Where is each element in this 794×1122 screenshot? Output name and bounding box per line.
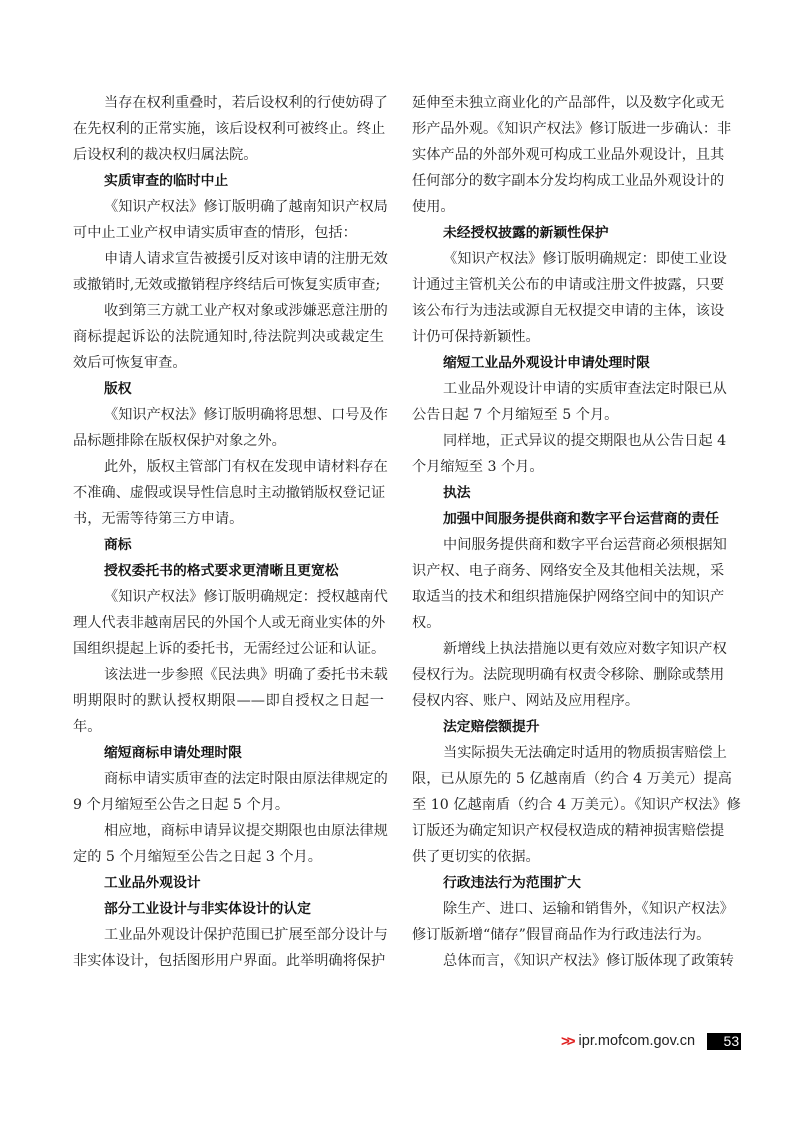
text-line: 该法进一步参照《民法典》明确了委托书未载	[73, 662, 384, 688]
text-line: 《知识产权法》修订版明确了越南知识产权局	[73, 194, 384, 220]
section-heading: 版权	[73, 376, 384, 402]
text-line: 部分工业设计与非实体设计的认定	[73, 896, 384, 922]
section-heading: 行政违法行为范围扩大	[412, 870, 723, 896]
text-line: 限，已从原先的 5 亿越南盾（约合 4 万美元）提高	[412, 766, 723, 792]
text-line: 年。	[73, 714, 384, 740]
section-heading: 部分工业设计与非实体设计的认定	[73, 896, 384, 922]
paragraph: 《知识产权法》修订版明确规定：授权越南代理人代表非越南居民的外国个人或无商业实体…	[73, 584, 384, 662]
text-line: 使用。	[412, 194, 723, 220]
paragraph: 总体而言，《知识产权法》修订版体现了政策转	[412, 948, 723, 974]
text-line: 相应地，商标申请异议提交期限也由原法律规	[73, 818, 384, 844]
paragraph: 除生产、进口、运输和销售外，《知识产权法》修订版新增“储存”假冒商品作为行政违法…	[412, 896, 723, 948]
page-footer: >> ipr.mofcom.gov.cn 53	[561, 1031, 741, 1051]
text-line: 理人代表非越南居民的外国个人或无商业实体的外	[73, 610, 384, 636]
text-line: 收到第三方就工业产权对象或涉嫌恶意注册的	[73, 298, 384, 324]
double-chevron-right-icon: >>	[561, 1033, 573, 1050]
text-line: 商标申请实质审查的法定时限由原法律规定的	[73, 766, 384, 792]
text-line: 缩短工业品外观设计申请处理时限	[412, 350, 723, 376]
paragraph: 相应地，商标申请异议提交期限也由原法律规定的 5 个月缩短至公告之日起 3 个月…	[73, 818, 384, 870]
paragraph: 新增线上执法措施以更有效应对数字知识产权侵权行为。法院现明确有权责令移除、删除或…	[412, 636, 723, 714]
section-heading: 实质审查的临时中止	[73, 168, 384, 194]
right-column: 延伸至未独立商业化的产品部件，以及数字化或无形产品外观。《知识产权法》修订版进一…	[412, 90, 723, 974]
paragraph: 工业品外观设计申请的实质审查法定时限已从公告日起 7 个月缩短至 5 个月。	[412, 376, 723, 428]
paragraph: 《知识产权法》修订版明确规定：即使工业设计通过主管机关公布的申请或注册文件披露，…	[412, 246, 723, 350]
paragraph: 工业品外观设计保护范围已扩展至部分设计与非实体设计，包括图形用户界面。此举明确将…	[73, 922, 384, 974]
text-line: 《知识产权法》修订版明确规定：即使工业设	[412, 246, 723, 272]
text-line: 形产品外观。《知识产权法》修订版进一步确认：非	[412, 116, 723, 142]
text-line: 执法	[412, 480, 723, 506]
text-line: 当存在权利重叠时，若后设权利的行使妨碍了	[73, 90, 384, 116]
paragraph: 当实际损失无法确定时适用的物质损害赔偿上限，已从原先的 5 亿越南盾（约合 4 …	[412, 740, 723, 870]
text-line: 或撤销时,无效或撤销程序终结后可恢复实质审查;	[73, 272, 384, 298]
text-line: 在先权利的正常实施，该后设权利可被终止。终止	[73, 116, 384, 142]
section-heading: 未经授权披露的新颖性保护	[412, 220, 723, 246]
text-line: 《知识产权法》修订版明确将思想、口号及作	[73, 402, 384, 428]
text-line: 实质审查的临时中止	[73, 168, 384, 194]
text-line: 授权委托书的格式要求更清晰且更宽松	[73, 558, 384, 584]
text-line: 除生产、进口、运输和销售外，《知识产权法》	[412, 896, 723, 922]
left-column: 当存在权利重叠时，若后设权利的行使妨碍了在先权利的正常实施，该后设权利可被终止。…	[73, 90, 384, 974]
text-line: 国组织提起上诉的委托书，无需经过公证和认证。	[73, 636, 384, 662]
text-line: 版权	[73, 376, 384, 402]
paragraph: 商标申请实质审查的法定时限由原法律规定的9 个月缩短至公告之日起 5 个月。	[73, 766, 384, 818]
paragraph: 此外，版权主管部门有权在发现申请材料存在不准确、虚假或误导性信息时主动撤销版权登…	[73, 454, 384, 532]
text-line: 中间服务提供商和数字平台运营商必须根据知	[412, 532, 723, 558]
paragraph: 该法进一步参照《民法典》明确了委托书未载明期限时的默认授权期限——即自授权之日起…	[73, 662, 384, 740]
paragraph: 同样地，正式异议的提交期限也从公告日起 4个月缩短至 3 个月。	[412, 428, 723, 480]
text-line: 识产权、电子商务、网络安全及其他相关法规，采	[412, 558, 723, 584]
text-line: 《知识产权法》修订版明确规定：授权越南代	[73, 584, 384, 610]
text-line: 工业品外观设计保护范围已扩展至部分设计与	[73, 922, 384, 948]
paragraph: 收到第三方就工业产权对象或涉嫌恶意注册的商标提起诉讼的法院通知时,待法院判决或裁…	[73, 298, 384, 376]
paragraph: 《知识产权法》修订版明确了越南知识产权局可中止工业产权申请实质审查的情形，包括：	[73, 194, 384, 246]
text-line: 延伸至未独立商业化的产品部件，以及数字化或无	[412, 90, 723, 116]
text-line: 新增线上执法措施以更有效应对数字知识产权	[412, 636, 723, 662]
text-line: 订版还为确定知识产权侵权造成的精神损害赔偿提	[412, 818, 723, 844]
page-number: 53	[707, 1033, 741, 1050]
text-line: 公告日起 7 个月缩短至 5 个月。	[412, 402, 723, 428]
text-line: 个月缩短至 3 个月。	[412, 454, 723, 480]
text-line: 申请人请求宣告被援引反对该申请的注册无效	[73, 246, 384, 272]
text-line: 不准确、虚假或误导性信息时主动撤销版权登记证	[73, 480, 384, 506]
text-line: 商标	[73, 532, 384, 558]
text-line: 侵权内容、账户、网站及应用程序。	[412, 688, 723, 714]
text-line: 总体而言，《知识产权法》修订版体现了政策转	[412, 948, 723, 974]
text-line: 实体产品的外部外观可构成工业品外观设计，且其	[412, 142, 723, 168]
text-line: 品标题排除在版权保护对象之外。	[73, 428, 384, 454]
text-line: 缩短商标申请处理时限	[73, 740, 384, 766]
paragraph: 延伸至未独立商业化的产品部件，以及数字化或无形产品外观。《知识产权法》修订版进一…	[412, 90, 723, 220]
paragraph: 中间服务提供商和数字平台运营商必须根据知识产权、电子商务、网络安全及其他相关法规…	[412, 532, 723, 636]
text-line: 至 10 亿越南盾（约合 4 万美元）。《知识产权法》修	[412, 792, 723, 818]
text-line: 明期限时的默认授权期限——即自授权之日起一	[73, 688, 384, 714]
text-line: 定的 5 个月缩短至公告之日起 3 个月。	[73, 844, 384, 870]
text-line: 可中止工业产权申请实质审查的情形，包括：	[73, 220, 384, 246]
paragraph: 《知识产权法》修订版明确将思想、口号及作品标题排除在版权保护对象之外。	[73, 402, 384, 454]
text-line: 计仍可保持新颖性。	[412, 324, 723, 350]
website-link[interactable]: ipr.mofcom.gov.cn	[579, 1033, 696, 1049]
section-heading: 授权委托书的格式要求更清晰且更宽松	[73, 558, 384, 584]
section-heading: 商标	[73, 532, 384, 558]
section-heading: 缩短商标申请处理时限	[73, 740, 384, 766]
text-line: 非实体设计，包括图形用户界面。此举明确将保护	[73, 948, 384, 974]
text-line: 取适当的技术和组织措施保护网络空间中的知识产	[412, 584, 723, 610]
section-heading: 工业品外观设计	[73, 870, 384, 896]
text-line: 修订版新增“储存”假冒商品作为行政违法行为。	[412, 922, 723, 948]
text-line: 此外，版权主管部门有权在发现申请材料存在	[73, 454, 384, 480]
text-line: 任何部分的数字副本分发均构成工业品外观设计的	[412, 168, 723, 194]
text-line: 行政违法行为范围扩大	[412, 870, 723, 896]
text-line: 未经授权披露的新颖性保护	[412, 220, 723, 246]
text-line: 侵权行为。法院现明确有权责令移除、删除或禁用	[412, 662, 723, 688]
text-line: 效后可恢复审查。	[73, 350, 384, 376]
text-line: 商标提起诉讼的法院通知时,待法院判决或裁定生	[73, 324, 384, 350]
paragraph: 当存在权利重叠时，若后设权利的行使妨碍了在先权利的正常实施，该后设权利可被终止。…	[73, 90, 384, 168]
text-line: 该公布行为违法或源自无权提交申请的主体，该设	[412, 298, 723, 324]
text-line: 工业品外观设计申请的实质审查法定时限已从	[412, 376, 723, 402]
text-line: 法定赔偿额提升	[412, 714, 723, 740]
text-line: 同样地，正式异议的提交期限也从公告日起 4	[412, 428, 723, 454]
text-line: 后设权利的裁决权归属法院。	[73, 142, 384, 168]
text-line: 工业品外观设计	[73, 870, 384, 896]
text-line: 计通过主管机关公布的申请或注册文件披露，只要	[412, 272, 723, 298]
text-line: 9 个月缩短至公告之日起 5 个月。	[73, 792, 384, 818]
section-heading: 执法	[412, 480, 723, 506]
text-line: 当实际损失无法确定时适用的物质损害赔偿上	[412, 740, 723, 766]
section-heading: 法定赔偿额提升	[412, 714, 723, 740]
section-heading: 加强中间服务提供商和数字平台运营商的责任	[412, 506, 723, 532]
section-heading: 缩短工业品外观设计申请处理时限	[412, 350, 723, 376]
text-line: 加强中间服务提供商和数字平台运营商的责任	[412, 506, 723, 532]
text-line: 书，无需等待第三方申请。	[73, 506, 384, 532]
text-line: 权。	[412, 610, 723, 636]
text-line: 供了更切实的依据。	[412, 844, 723, 870]
paragraph: 申请人请求宣告被援引反对该申请的注册无效或撤销时,无效或撤销程序终结后可恢复实质…	[73, 246, 384, 298]
